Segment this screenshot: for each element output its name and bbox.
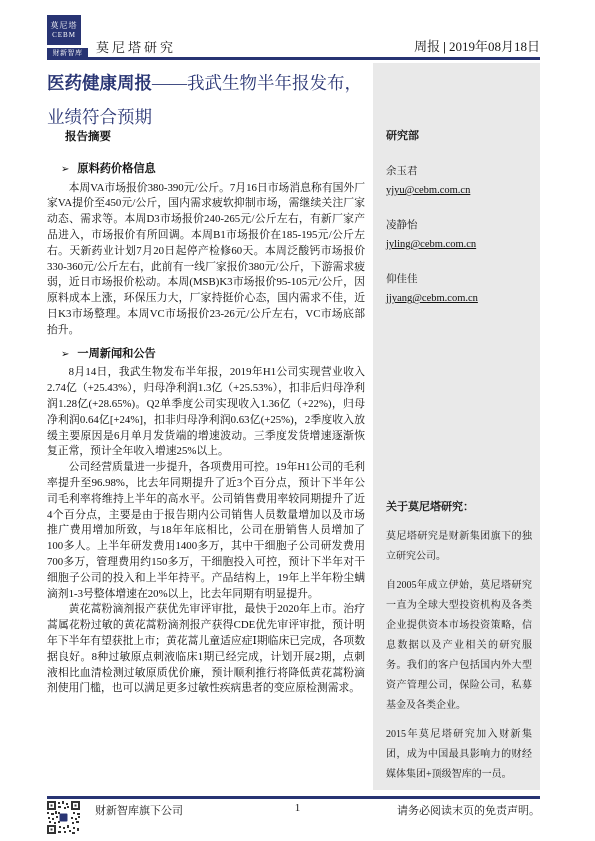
research-dept-heading: 研究部	[386, 127, 532, 143]
report-page: 莫尼塔 CEBM 财新智库 莫尼塔研究 周报|2019年08月18日 医药健康周…	[0, 0, 595, 841]
section-heading-weekly-news: ➢一周新闻和公告	[61, 347, 365, 363]
arrow-bullet-icon: ➢	[61, 164, 69, 175]
page-title: 医药健康周报——我武生物半年报发布，业绩符合预期	[47, 66, 369, 134]
paragraph: 8月14日，我武生物发布半年报，2019年H1公司实现营业收入2.74亿（+25…	[47, 365, 365, 460]
footer-disclaimer: 请务必阅读末页的免责声明。	[397, 802, 540, 818]
arrow-bullet-icon: ➢	[61, 349, 69, 360]
about-block: 关于莫尼塔研究： 莫尼塔研究是财新集团旗下的独立研究公司。 自2005年成立伊始…	[386, 499, 532, 794]
section-heading-label: 原料药价格信息	[77, 163, 155, 175]
section-heading-raw-materials: ➢原料药价格信息	[61, 162, 365, 178]
sidebar: 研究部 余玉君 yjyu@cebm.com.cn 凌静怡 jyling@cebm…	[373, 63, 540, 790]
paragraph: 黄花蒿粉滴剂报产获优先审评审批，最快于2020年上市。治疗蒿属花粉过敏的黄花蒿粉…	[47, 602, 365, 697]
about-paragraph: 莫尼塔研究是财新集团旗下的独立研究公司。	[386, 527, 532, 567]
analyst-email-link[interactable]: jyling@cebm.com.cn	[386, 239, 476, 250]
report-body: 报告摘要 ➢原料药价格信息 本周VA市场报价380-390元/公斤。7月16日市…	[47, 130, 365, 697]
paragraph: 公司经营质量进一步提升，各项费用可控。19年H1公司的毛利率提升至96.98%，…	[47, 460, 365, 602]
section-heading-label: 一周新闻和公告	[77, 348, 155, 360]
logo-text-en: CEBM	[47, 31, 81, 40]
footer-divider	[47, 796, 540, 799]
brand-name: 莫尼塔研究	[96, 37, 176, 56]
company-logo: 莫尼塔 CEBM	[47, 15, 81, 45]
analyst-name: 余玉君	[386, 163, 532, 178]
report-type: 周报	[414, 39, 440, 54]
analyst-email-link[interactable]: jjyang@cebm.com.cn	[386, 293, 478, 304]
header-separator: |	[443, 39, 446, 54]
contact-item: 仰佳佳 jjyang@cebm.com.cn	[386, 271, 532, 304]
about-paragraph: 自2005年成立伊始，莫尼塔研究一直为全球大型投资机构及各类企业提供资本市场投资…	[386, 576, 532, 716]
analyst-name: 凌静怡	[386, 217, 532, 232]
analyst-email-link[interactable]: yjyu@cebm.com.cn	[386, 185, 470, 196]
analyst-name: 仰佳佳	[386, 271, 532, 286]
contact-item: 余玉君 yjyu@cebm.com.cn	[386, 163, 532, 196]
header-divider	[47, 57, 540, 60]
about-paragraph: 2015年莫尼塔研究加入财新集团，成为中国最具影响力的财经媒体集团+顶级智库的一…	[386, 725, 532, 785]
header-meta: 周报|2019年08月18日	[414, 36, 540, 55]
report-date: 2019年08月18日	[449, 39, 540, 54]
about-heading: 关于莫尼塔研究：	[386, 499, 532, 515]
page-title-main: 医药健康周报	[47, 73, 152, 93]
research-dept-block: 研究部 余玉君 yjyu@cebm.com.cn 凌静怡 jyling@cebm…	[386, 127, 532, 325]
logo-text-cn: 莫尼塔	[47, 21, 81, 31]
summary-heading: 报告摘要	[65, 130, 365, 146]
contact-item: 凌静怡 jyling@cebm.com.cn	[386, 217, 532, 250]
paragraph: 本周VA市场报价380-390元/公斤。7月16日市场消息称有国外厂家VA提价至…	[47, 181, 365, 339]
